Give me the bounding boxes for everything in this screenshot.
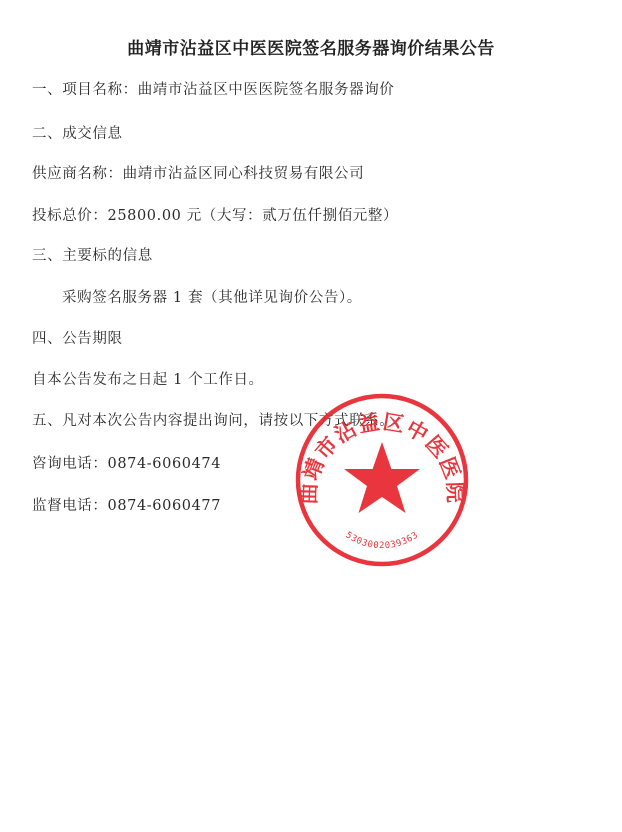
section-heading-period: 四、公告期限 [32, 329, 123, 349]
main-item-detail-line: 采购签名服务器 1 套（其他详见询价公告）。 [62, 288, 362, 308]
official-seal: 曲靖市沾益区中医医院 5303002039363 [292, 390, 472, 570]
star-icon [344, 442, 420, 513]
supplier-name-line: 供应商名称：曲靖市沾益区同心科技贸易有限公司 [32, 164, 364, 184]
section-heading-main-item: 三、主要标的信息 [32, 246, 153, 266]
document-page: 曲靖市沾益区中医医院签名服务器询价结果公告 一、项目名称：曲靖市沾益区中医医院签… [0, 0, 622, 832]
svg-text:5303002039363: 5303002039363 [344, 530, 421, 551]
period-detail-line: 自本公告发布之日起 1 个工作日。 [32, 370, 264, 390]
section-heading-deal-info: 二、成交信息 [32, 124, 123, 144]
supervise-phone-line: 监督电话：0874-6060477 [32, 496, 221, 516]
consult-phone-line: 咨询电话：0874-6060474 [32, 454, 221, 474]
seal-code: 5303002039363 [344, 530, 421, 551]
bid-total-line: 投标总价：25800.00 元（大写：贰万伍仟捌佰元整） [32, 206, 398, 226]
document-title: 曲靖市沾益区中医医院签名服务器询价结果公告 [0, 34, 622, 59]
project-name-line: 一、项目名称：曲靖市沾益区中医医院签名服务器询价 [32, 80, 394, 100]
